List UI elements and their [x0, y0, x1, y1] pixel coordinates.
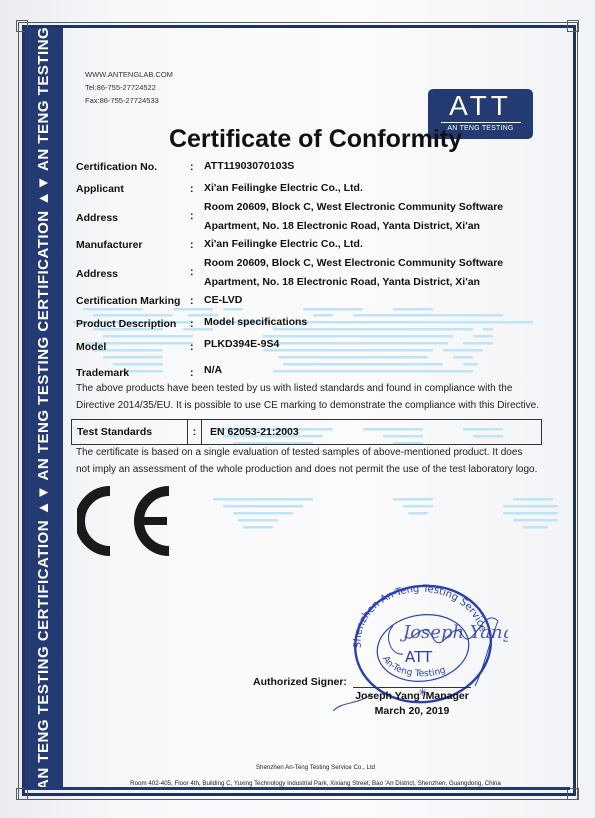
footer-company: Shenzhen An-Teng Testing Service Co., Lt… — [63, 764, 568, 771]
field-label: Applicant — [76, 183, 124, 195]
statement-line: Directive 2014/35/EU. It is possible to … — [76, 397, 556, 414]
field-label: Certification Marking — [76, 295, 180, 307]
field-label: Manufacturer — [76, 239, 143, 251]
certificate-title: Certificate of Conformity — [63, 125, 568, 154]
disclaimer-line: The certificate is based on a single eva… — [76, 444, 556, 461]
field-colon: : — [190, 295, 194, 307]
stamp-center-text: ATT — [405, 648, 433, 666]
address-line: Room 20609, Block C, West Electronic Com… — [204, 254, 503, 273]
address-line: Apartment, No. 18 Electronic Road, Yanta… — [204, 217, 503, 236]
field-colon: : — [190, 161, 194, 173]
certificate-page: AN TENG TESTING CERTIFICATION ▲▼ AN TENG… — [0, 0, 595, 818]
disclaimer: The certificate is based on a single eva… — [76, 444, 556, 478]
handwritten-signature: Joseph Yang — [399, 622, 508, 643]
telephone: Tel:86-755-27724522 — [85, 81, 173, 94]
corner-ornament — [567, 20, 579, 32]
field-colon: : — [190, 239, 194, 251]
field-value: Room 20609, Block C, West Electronic Com… — [204, 254, 503, 292]
field-value: N/A — [204, 361, 222, 380]
field-colon: : — [190, 318, 194, 330]
field-value: Xi'an Feilingke Electric Co., Ltd. — [204, 179, 363, 198]
field-label: Trademark — [76, 367, 129, 379]
bottom-band — [25, 787, 570, 790]
address-line: Room 20609, Block C, West Electronic Com… — [204, 198, 503, 217]
test-standards-value: EN 62053-21:2003 — [210, 420, 299, 444]
authorized-signer-label: Authorized Signer: — [253, 676, 347, 688]
test-standards-table: Test Standards : EN 62053-21:2003 — [71, 419, 542, 445]
compliance-statement: The above products have been tested by u… — [76, 380, 556, 414]
field-colon: : — [190, 367, 194, 379]
field-label: Address — [76, 212, 118, 224]
certificate-content: WWW.ANTENGLAB.COM Tel:86-755-27724522 Fa… — [63, 28, 568, 787]
signature-line — [353, 687, 471, 688]
field-colon: : — [190, 266, 194, 278]
field-label: Certification No. — [76, 161, 157, 173]
disclaimer-line: not imply an assessment of the whole pro… — [76, 461, 556, 478]
test-standards-separator: : — [188, 420, 202, 444]
field-value: CE-LVD — [204, 291, 242, 310]
field-value: Room 20609, Block C, West Electronic Com… — [204, 198, 503, 236]
fax: Fax:86-755-27724533 — [85, 94, 173, 107]
field-label: Address — [76, 268, 118, 280]
field-value: PLKD394E-9S4 — [204, 335, 279, 354]
field-value: ATT11903070103S — [204, 157, 294, 176]
field-colon: : — [190, 210, 194, 222]
logo-main-text: ATT — [428, 91, 533, 121]
address-line: Apartment, No. 18 Electronic Road, Yanta… — [204, 273, 503, 292]
field-value: Xi'an Feilingke Electric Co., Ltd. — [204, 235, 363, 254]
signature-date: March 20, 2019 — [353, 705, 471, 717]
footer-address: Room 402-405, Floor 4th, Building C, Yux… — [63, 780, 568, 787]
ce-mark-icon — [77, 486, 177, 556]
statement-line: The above products have been tested by u… — [76, 380, 556, 397]
contact-block: WWW.ANTENGLAB.COM Tel:86-755-27724522 Fa… — [85, 68, 173, 107]
side-band-text: AN TENG TESTING CERTIFICATION ▲▼ AN TENG… — [25, 28, 63, 790]
test-standards-label: Test Standards — [72, 420, 188, 444]
field-colon: : — [190, 183, 194, 195]
field-value: Model specifications — [204, 313, 307, 332]
side-band: AN TENG TESTING CERTIFICATION ▲▼ AN TENG… — [25, 28, 63, 790]
signer-name: Joseph Yang /Manager — [353, 690, 471, 702]
field-label: Model — [76, 341, 106, 353]
field-colon: : — [190, 341, 194, 353]
website-link[interactable]: WWW.ANTENGLAB.COM — [85, 68, 173, 81]
field-label: Product Description — [76, 318, 176, 330]
logo-rule — [441, 122, 521, 123]
